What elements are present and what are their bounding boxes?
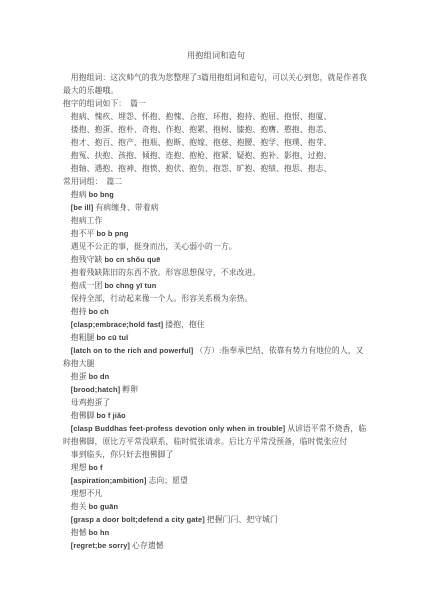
chinese-text: 抱着残缺陈旧的东西不放。形容思想保守，不求改进。 bbox=[71, 268, 261, 277]
text-line: 抱佛脚 bo f jiǎo bbox=[63, 409, 369, 422]
latin-bold-text: [clasp Buddhas feet-profess devotion onl… bbox=[71, 424, 285, 433]
latin-bold-text: [brood;hatch] bbox=[71, 385, 120, 394]
text-line: [regret;be sorry] 心存遗憾 bbox=[63, 539, 369, 552]
latin-bold-text: [grasp a door bolt;defend a city gate] bbox=[71, 515, 205, 524]
chinese-text: 抱成一团 bbox=[71, 281, 105, 290]
text-line: 抱成一团 bo chng yī tun bbox=[63, 279, 369, 292]
chinese-text: 抱粗腿 bbox=[71, 333, 97, 342]
chinese-text: 抱冤、扶抱、孩抱、倾抱、连抱、抱枪、抱紧、疑抱、抱补、影抱、过抱、 bbox=[71, 151, 332, 160]
chinese-text: 有病缠身、带着病 bbox=[93, 203, 158, 212]
chinese-text: 抱佛脚 bbox=[71, 411, 97, 420]
chinese-text: 抱病工作 bbox=[71, 216, 103, 225]
latin-bold-text: bo f jiǎo bbox=[97, 411, 126, 420]
latin-bold-text: bo f bbox=[89, 463, 103, 472]
text-line: 保持全部，行动起来像一个人。形容关系极为亲热。 bbox=[63, 292, 369, 305]
chinese-text: 事到临头，你只好去抱佛脚了 bbox=[71, 450, 174, 459]
text-line: 抱憾 bo hn bbox=[63, 526, 369, 539]
text-line: 事到临头，你只好去抱佛脚了 bbox=[63, 448, 369, 461]
text-line: 抱残守缺 bo cn shǒu quē bbox=[63, 253, 369, 266]
text-line: 母鸡抱蛋了 bbox=[63, 396, 369, 409]
text-line: 抱蛋 bo dn bbox=[63, 370, 369, 383]
chinese-text: 心存遗憾 bbox=[130, 541, 164, 550]
text-line: 抱轴、遇抱、抱神、抱愤、抱伏、抱负、抱怨、旷抱、抱绩、抱思、抱志、 bbox=[63, 162, 369, 175]
chinese-text: 保持全部，行动起来像一个人。形容关系极为亲热。 bbox=[71, 294, 253, 303]
text-line: 抱着残缺陈旧的东西不放。形容思想保守，不求改进。 bbox=[63, 266, 369, 279]
text-line: 理想 bo f bbox=[63, 461, 369, 474]
document-title: 用抱组词和造句 bbox=[63, 49, 369, 62]
text-line: 抱病、愧疚、埋怨、怀抱、抱愧、合抱、环抱、抱持、抱屈、抱恨、抱厦、 bbox=[63, 110, 369, 123]
chinese-text: 孵卵 bbox=[120, 385, 138, 394]
latin-bold-text: [be ill] bbox=[71, 203, 94, 212]
text-line: 遇见不公正的事，挺身而出，关心弱小的一方。 bbox=[63, 240, 369, 253]
latin-bold-text: [latch on to the rich and powerful] bbox=[71, 346, 194, 355]
chinese-text: 母鸡抱蛋了 bbox=[71, 398, 110, 407]
text-line: 抱才、抱百、抱产、抱瓶、抱断、抱嫁、抱慈、抱腰、抱学、抱璞、抱芽、 bbox=[63, 136, 369, 149]
chinese-text: 把握门闩、把守城门 bbox=[205, 515, 278, 524]
chinese-text: 理想 bbox=[71, 463, 89, 472]
latin-bold-text: bo ch bbox=[89, 307, 109, 316]
chinese-text: 抱才、抱百、抱产、抱瓶、抱断、抱嫁、抱慈、抱腰、抱学、抱璞、抱芽、 bbox=[71, 138, 332, 147]
chinese-text: 抱病、愧疚、埋怨、怀抱、抱愧、合抱、环抱、抱持、抱屈、抱恨、抱厦、 bbox=[71, 112, 332, 121]
chinese-text: 抱持 bbox=[71, 307, 89, 316]
latin-bold-text: bo cn shǒu quē bbox=[104, 255, 160, 264]
chinese-text: 抱残守缺 bbox=[71, 255, 105, 264]
chinese-text: 抱憾 bbox=[71, 528, 89, 537]
latin-bold-text: [aspiration;ambition] bbox=[71, 476, 147, 485]
chinese-text: 遇见不公正的事，挺身而出，关心弱小的一方。 bbox=[71, 242, 237, 251]
latin-bold-text: bo hn bbox=[89, 528, 110, 537]
chinese-text: 抱蛋 bbox=[71, 372, 89, 381]
text-line: [brood;hatch] 孵卵 bbox=[63, 383, 369, 396]
latin-bold-text: bo bng bbox=[89, 190, 114, 199]
latin-bold-text: bo guān bbox=[89, 502, 118, 511]
chinese-text: 理想不凡 bbox=[71, 489, 103, 498]
chinese-text: 抱关 bbox=[71, 502, 89, 511]
chinese-text: 志向；愿望 bbox=[146, 476, 188, 485]
chinese-text: 抱轴、遇抱、抱神、抱愤、抱伏、抱负、抱怨、旷抱、抱绩、抱思、抱志、 bbox=[71, 164, 332, 173]
text-line: 理想不凡 bbox=[63, 487, 369, 500]
chinese-text: 抱不平 bbox=[71, 229, 97, 238]
chinese-text: 搂抱，抱住 bbox=[163, 320, 205, 329]
chinese-text: 搂抱、抱蛋、抱朴、奇抱、作抱、抱累、抱树、膝抱、抱膺、憨抱、抱恙、 bbox=[71, 125, 332, 134]
text-line: 抱持 bo ch bbox=[63, 305, 369, 318]
text-line: [be ill] 有病缠身、带着病 bbox=[63, 201, 369, 214]
latin-bold-text: [regret;be sorry] bbox=[71, 541, 130, 550]
text-line: [clasp Buddhas feet-profess devotion onl… bbox=[63, 422, 369, 448]
text-line: [grasp a door bolt;defend a city gate] 把… bbox=[63, 513, 369, 526]
text-line: 抱粗腿 bo cū tuǐ bbox=[63, 331, 369, 344]
latin-bold-text: bo chng yī tun bbox=[104, 281, 156, 290]
text-line: [clasp;embrace;hold fast] 搂抱，抱住 bbox=[63, 318, 369, 331]
text-line: 抱病 bo bng bbox=[63, 188, 369, 201]
text-line: 抱字的组词如下： 篇一 bbox=[63, 97, 369, 110]
chinese-text: 抱字的组词如下： 篇一 bbox=[63, 99, 146, 108]
latin-bold-text: [clasp;embrace;hold fast] bbox=[71, 320, 163, 329]
text-line: [latch on to the rich and powerful] （方）:… bbox=[63, 344, 369, 370]
text-line: 抱病工作 bbox=[63, 214, 369, 227]
latin-bold-text: bo cū tuǐ bbox=[97, 333, 129, 342]
text-line: 抱不平 bo b png bbox=[63, 227, 369, 240]
text-line: 抱冤、扶抱、孩抱、倾抱、连抱、抱枪、抱紧、疑抱、抱补、影抱、过抱、 bbox=[63, 149, 369, 162]
latin-bold-text: bo b png bbox=[97, 229, 129, 238]
text-line: 常用词组： 篇二 bbox=[63, 175, 369, 188]
text-line: 搂抱、抱蛋、抱朴、奇抱、作抱、抱累、抱树、膝抱、抱膺、憨抱、抱恙、 bbox=[63, 123, 369, 136]
text-line: [aspiration;ambition] 志向；愿望 bbox=[63, 474, 369, 487]
chinese-text: 抱病 bbox=[71, 190, 89, 199]
text-line: 用抱组词：这次帅气的我为您整理了3篇用抱组词和造句，可以关心到您，就是作者我最大… bbox=[63, 71, 369, 97]
document-body: 用抱组词：这次帅气的我为您整理了3篇用抱组词和造句，可以关心到您，就是作者我最大… bbox=[63, 71, 369, 552]
text-line: 抱关 bo guān bbox=[63, 500, 369, 513]
latin-bold-text: bo dn bbox=[89, 372, 110, 381]
chinese-text: 常用词组： 篇二 bbox=[63, 177, 122, 186]
chinese-text: 用抱组词：这次帅气的我为您整理了3篇用抱组词和造句，可以关心到您，就是作者我最大… bbox=[63, 73, 367, 95]
document-page: 用抱组词和造句 用抱组词：这次帅气的我为您整理了3篇用抱组词和造句，可以关心到您… bbox=[0, 0, 424, 600]
